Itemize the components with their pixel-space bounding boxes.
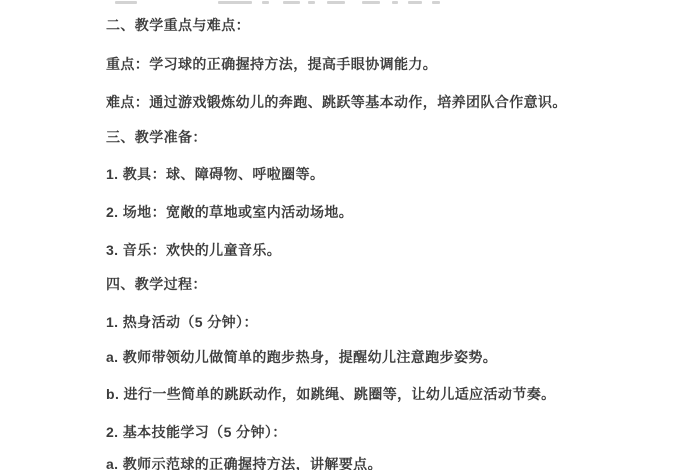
document-line-section-heading: 二、教学重点与难点： xyxy=(106,17,250,33)
cropped-glyph-fragment xyxy=(392,1,398,4)
document-line: 2. 场地：宽敞的草地或室内活动场地。 xyxy=(106,204,353,220)
cropped-glyph-fragment xyxy=(262,1,269,4)
document-page: 二、教学重点与难点： 重点：学习球的正确握持方法，提高手眼协调能力。 难点：通过… xyxy=(0,0,700,470)
cropped-glyph-fragment xyxy=(362,1,380,4)
cropped-glyph-fragment xyxy=(408,1,422,4)
document-line: 3. 音乐：欢快的儿童音乐。 xyxy=(106,242,281,258)
document-line: 2. 基本技能学习（5 分钟）： xyxy=(106,424,287,440)
cropped-text-top xyxy=(0,0,700,6)
document-line: a. 教师带领幼儿做简单的跑步热身，提醒幼儿注意跑步姿势。 xyxy=(106,349,497,365)
document-line-section-heading: 三、教学准备： xyxy=(106,129,207,145)
document-line: 1. 热身活动（5 分钟）： xyxy=(106,314,258,330)
cropped-glyph-fragment xyxy=(327,1,345,4)
cropped-glyph-fragment xyxy=(308,1,315,4)
document-line: 难点：通过游戏锻炼幼儿的奔跑、跳跃等基本动作，培养团队合作意识。 xyxy=(106,94,567,110)
document-line-clipped-bottom: a. 教师示范球的正确握持方法，讲解要点。 xyxy=(106,456,382,470)
cropped-glyph-fragment xyxy=(283,1,300,4)
document-line: 重点：学习球的正确握持方法，提高手眼协调能力。 xyxy=(106,56,437,72)
cropped-glyph-fragment xyxy=(115,1,137,4)
document-line: b. 进行一些简单的跳跃动作，如跳绳、跳圈等，让幼儿适应活动节奏。 xyxy=(106,386,556,402)
document-line: 1. 教具：球、障碍物、呼啦圈等。 xyxy=(106,166,324,182)
cropped-glyph-fragment xyxy=(432,1,440,4)
cropped-glyph-fragment xyxy=(218,1,252,4)
document-line-section-heading: 四、教学过程： xyxy=(106,276,207,292)
